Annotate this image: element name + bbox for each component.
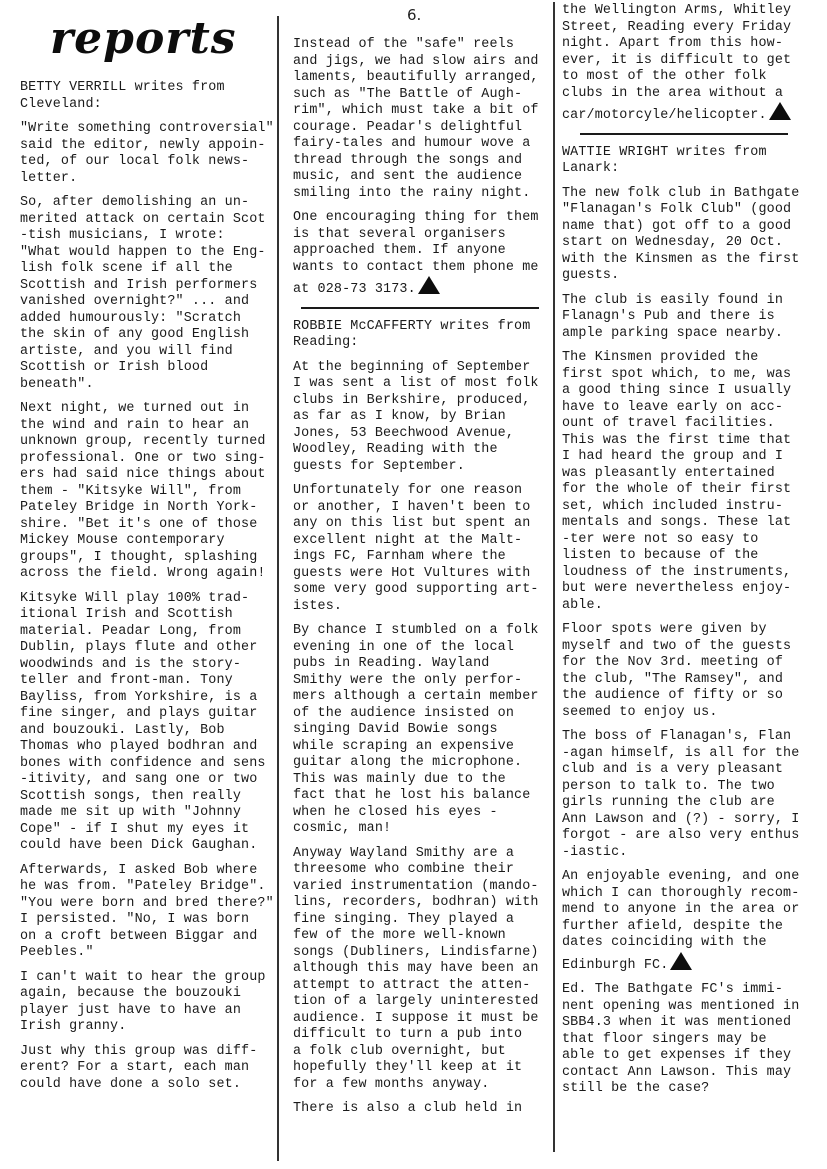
paragraph: Next night, we turned out in the wind an… [20, 401, 278, 583]
paragraph-end: One encouraging thing for them is that s… [293, 210, 555, 299]
column-1: BETTY VERRILL writes from Cleveland: "Wr… [20, 80, 278, 1101]
article-separator [301, 307, 539, 309]
paragraph: By chance I stumbled on a folk evening i… [293, 623, 555, 838]
paragraph-text: the Wellington Arms, Whitley Street, Rea… [562, 3, 791, 123]
paragraph: Instead of the "safe" reels and jigs, we… [293, 37, 555, 202]
paragraph: Unfortunately for one reason or another,… [293, 483, 555, 615]
paragraph: Anyway Wayland Smithy are a threesome wh… [293, 846, 555, 1094]
paragraph: At the beginning of September I was sent… [293, 360, 555, 476]
page-number: 6. [407, 6, 421, 24]
article-separator [580, 133, 788, 135]
paragraph: "Write something controversial" said the… [20, 121, 278, 187]
paragraph: Floor spots were given by myself and two… [562, 622, 824, 721]
column-3: the Wellington Arms, Whitley Street, Rea… [562, 3, 824, 1106]
paragraph: Afterwards, I asked Bob where he was fro… [20, 863, 278, 962]
section-title: reports [50, 14, 237, 64]
paragraph: There is also a club held in [293, 1101, 555, 1118]
byline-robbie-mccafferty: ROBBIE McCAFFERTY writes from Reading: [293, 319, 555, 352]
end-of-article-triangle-icon [418, 276, 440, 294]
byline-wattie-wright: WATTIE WRIGHT writes from Lanark: [562, 145, 824, 178]
editor-note: Ed. The Bathgate FC's immi- nent opening… [562, 982, 824, 1098]
paragraph: The new folk club in Bathgate "Flanagan'… [562, 186, 824, 285]
paragraph-end: the Wellington Arms, Whitley Street, Rea… [562, 3, 824, 125]
paragraph: The club is easily found in Flanagn's Pu… [562, 293, 824, 343]
paragraph-end: An enjoyable evening, and one which I ca… [562, 869, 824, 974]
end-of-article-triangle-icon [769, 102, 791, 120]
end-of-article-triangle-icon [670, 952, 692, 970]
column-2: Instead of the "safe" reels and jigs, we… [293, 37, 555, 1126]
byline-betty-verrill: BETTY VERRILL writes from Cleveland: [20, 80, 278, 113]
paragraph: Just why this group was diff- erent? For… [20, 1044, 278, 1094]
paragraph-text: One encouraging thing for them is that s… [293, 210, 539, 297]
paragraph: The boss of Flanagan's, Flan -agan himse… [562, 729, 824, 861]
paragraph: The Kinsmen provided the first spot whic… [562, 350, 824, 614]
paragraph: So, after demolishing an un- merited att… [20, 195, 278, 393]
paragraph: I can't wait to hear the group again, be… [20, 970, 278, 1036]
paragraph: Kitsyke Will play 100% trad- itional Iri… [20, 591, 278, 855]
